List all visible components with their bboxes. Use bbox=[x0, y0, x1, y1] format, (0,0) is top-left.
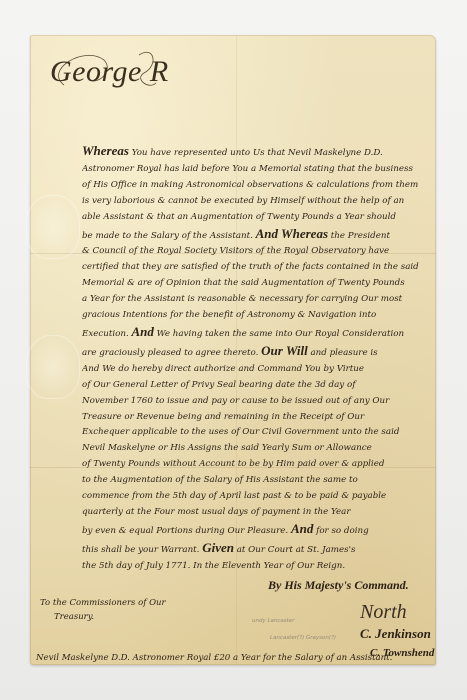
warrant-line: of Twenty Pounds without Account to be b… bbox=[82, 457, 430, 473]
warrant-line: the 5th day of July 1771. In the Elevent… bbox=[82, 559, 430, 575]
sovereign-signature: George R bbox=[50, 55, 169, 89]
docket-line: Nevil Maskelyne D.D. Astronomer Royal £2… bbox=[36, 653, 434, 663]
warrant-text: of His Office in making Astronomical obs… bbox=[82, 180, 418, 190]
warrant-text: Astronomer Royal has laid before You a M… bbox=[82, 164, 413, 174]
warrant-line: able Assistant & that an Augmentation of… bbox=[82, 210, 430, 226]
address-line: Treasury. bbox=[40, 610, 166, 624]
warrant-text: for so doing bbox=[313, 526, 368, 536]
warrant-keyword: Whereas bbox=[82, 143, 129, 158]
warrant-line: is very laborious & cannot be executed b… bbox=[82, 194, 430, 210]
warrant-text: the President bbox=[328, 231, 390, 241]
warrant-line: Whereas You have represented unto Us tha… bbox=[82, 143, 430, 162]
warrant-text: Exchequer applicable to the uses of Our … bbox=[82, 427, 399, 437]
warrant-line: be made to the Salary of the Assistant. … bbox=[82, 226, 430, 245]
warrant-line: are graciously pleased to agree thereto.… bbox=[82, 343, 430, 362]
warrant-body: Whereas You have represented unto Us tha… bbox=[82, 143, 430, 575]
warrant-line: to the Augmentation of the Salary of His… bbox=[82, 473, 430, 489]
warrant-line: & Council of the Royal Society Visitors … bbox=[82, 244, 430, 260]
warrant-text: We having taken the same into Our Royal … bbox=[154, 329, 404, 339]
warrant-line: quarterly at the Four most usual days of… bbox=[82, 505, 430, 521]
warrant-line: Execution. And We having taken the same … bbox=[82, 324, 430, 343]
warrant-line: Exchequer applicable to the uses of Our … bbox=[82, 425, 430, 441]
warrant-line: gracious Intentions for the benefit of A… bbox=[82, 308, 430, 324]
warrant-line: a Year for the Assistant is reasonable &… bbox=[82, 292, 430, 308]
warrant-line: Astronomer Royal has laid before You a M… bbox=[82, 162, 430, 178]
warrant-text: of Our General Letter of Privy Seal bear… bbox=[82, 380, 355, 390]
warrant-line: this shall be your Warrant. Given at Our… bbox=[82, 540, 430, 559]
warrant-line: certified that they are satisfied of the… bbox=[82, 260, 430, 276]
warrant-line: Treasure or Revenue being and remaining … bbox=[82, 410, 430, 426]
pencil-annotation: Lancaster(?) Grayson(?) bbox=[270, 635, 336, 641]
warrant-text: And We do hereby direct authorize and Co… bbox=[82, 364, 364, 374]
warrant-text: to the Augmentation of the Salary of His… bbox=[82, 475, 358, 485]
warrant-line: Memorial & are of Opinion that the said … bbox=[82, 276, 430, 292]
warrant-text: able Assistant & that an Augmentation of… bbox=[82, 212, 396, 222]
warrant-line: of His Office in making Astronomical obs… bbox=[82, 178, 430, 194]
warrant-text: the 5th day of July 1771. In the Elevent… bbox=[82, 561, 345, 571]
warrant-keyword: And Whereas bbox=[256, 226, 328, 241]
warrant-text: Memorial & are of Opinion that the said … bbox=[82, 278, 405, 288]
warrant-keyword: And bbox=[131, 324, 153, 339]
address-block: To the Commissioners of Our Treasury. bbox=[40, 596, 166, 624]
warrant-text: You have represented unto Us that Nevil … bbox=[129, 148, 383, 158]
warrant-line: And We do hereby direct authorize and Co… bbox=[82, 362, 430, 378]
warrant-text: November 1760 to issue and pay or cause … bbox=[82, 396, 389, 406]
warrant-text: certified that they are satisfied of the… bbox=[82, 262, 419, 272]
warrant-text: this shall be your Warrant. bbox=[82, 545, 202, 555]
warrant-line: November 1760 to issue and pay or cause … bbox=[82, 394, 430, 410]
photo-backdrop: George R Whereas You have represented un… bbox=[0, 0, 467, 700]
warrant-text: quarterly at the Four most usual days of… bbox=[82, 507, 351, 517]
signature-jenkinson: C. Jenkinson bbox=[360, 626, 431, 642]
warrant-text: Execution. bbox=[82, 329, 131, 339]
warrant-text: a Year for the Assistant is reasonable &… bbox=[82, 294, 402, 304]
warrant-text: of Twenty Pounds without Account to be b… bbox=[82, 459, 384, 469]
pencil-annotation: undy Lancaster bbox=[252, 618, 294, 624]
warrant-text: Treasure or Revenue being and remaining … bbox=[82, 412, 364, 422]
manuscript-sheet: George R Whereas You have represented un… bbox=[30, 35, 436, 665]
warrant-line: Nevil Maskelyne or His Assigns the said … bbox=[82, 441, 430, 457]
embossed-seal-icon bbox=[26, 195, 80, 259]
warrant-line: of Our General Letter of Privy Seal bear… bbox=[82, 378, 430, 394]
warrant-line: by even & equal Portions during Our Plea… bbox=[82, 521, 430, 540]
warrant-text: commence from the 5th day of April last … bbox=[82, 491, 386, 501]
warrant-text: is very laborious & cannot be executed b… bbox=[82, 196, 404, 206]
warrant-keyword: Our Will bbox=[261, 343, 308, 358]
by-command-line: By His Majesty's Command. bbox=[268, 578, 409, 593]
warrant-text: Nevil Maskelyne or His Assigns the said … bbox=[82, 443, 372, 453]
warrant-line: commence from the 5th day of April last … bbox=[82, 489, 430, 505]
warrant-text: gracious Intentions for the benefit of A… bbox=[82, 310, 376, 320]
warrant-text: by even & equal Portions during Our Plea… bbox=[82, 526, 291, 536]
warrant-text: and pleasure is bbox=[308, 348, 378, 358]
signature-north: North bbox=[360, 601, 407, 624]
embossed-seal-icon bbox=[26, 335, 80, 399]
warrant-text: & Council of the Royal Society Visitors … bbox=[82, 246, 389, 256]
warrant-text: at Our Court at St. James's bbox=[234, 545, 355, 555]
warrant-text: be made to the Salary of the Assistant. bbox=[82, 231, 256, 241]
address-line: To the Commissioners of Our bbox=[40, 596, 166, 610]
warrant-text: are graciously pleased to agree thereto. bbox=[82, 348, 261, 358]
warrant-keyword: Given bbox=[202, 540, 234, 555]
warrant-keyword: And bbox=[291, 521, 313, 536]
